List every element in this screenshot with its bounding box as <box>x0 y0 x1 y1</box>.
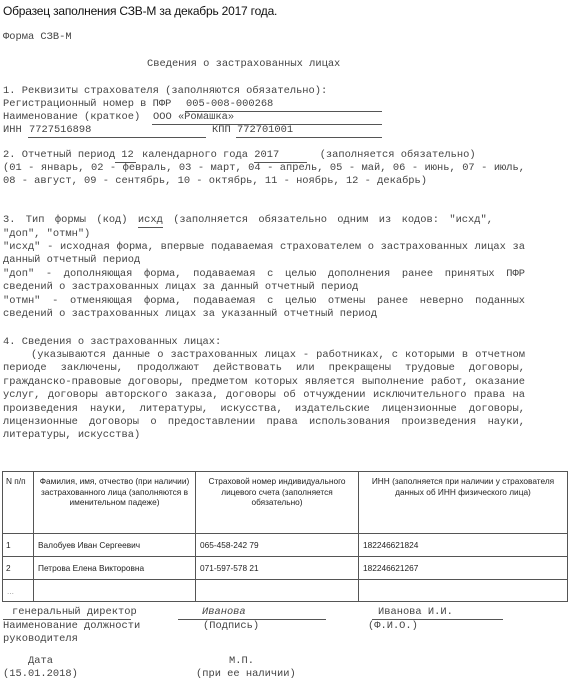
months-legend: (01 - январь, 02 - февраль, 03 - март, 0… <box>3 162 525 189</box>
stamp-label: М.П. <box>229 655 254 668</box>
row-inn: 182246621267 <box>359 557 568 580</box>
reg-number-label: Регистрационный номер в ПФР <box>3 98 171 111</box>
org-name-value: ООО «Ромашка» <box>153 111 234 124</box>
table-row-ellipsis: ... <box>3 580 568 602</box>
insured-persons-table: N п/п Фамилия, имя, отчество (при наличи… <box>2 471 568 602</box>
row-number: 2 <box>3 557 34 580</box>
document-title: Образец заполнения СЗВ-М за декабрь 2017… <box>3 4 277 18</box>
date-value: (15.01.2018) <box>3 668 78 680</box>
row-snils: 065-458-242 79 <box>196 534 359 557</box>
position-value: генеральный директор <box>12 606 137 619</box>
form-type-code: исхд <box>138 214 163 228</box>
reg-number-value: 005-008-000268 <box>186 98 273 111</box>
signature-value: Иванова <box>202 606 246 619</box>
period-suffix: (заполняется обязательно) <box>320 149 476 161</box>
section4-title: 4. Сведения о застрахованных лицах: <box>3 336 221 349</box>
position-label: Наименование должности руководителя <box>3 620 153 647</box>
row-snils: 071-597-578 21 <box>196 557 359 580</box>
section4-note: (указываются данные о застрахованных лиц… <box>3 349 525 443</box>
inn-label: ИНН <box>3 124 22 137</box>
header-snils: Страховой номер индивидуального лицевого… <box>196 472 359 534</box>
row-fio: Валобуев Иван Сергеевич <box>34 534 196 557</box>
table-header-row: N п/п Фамилия, имя, отчество (при наличи… <box>3 472 568 534</box>
row-ellipsis: ... <box>3 580 34 602</box>
code-dop-desc: "доп" - дополняющая форма, подаваемая с … <box>3 268 525 295</box>
kpp-label: КПП <box>212 124 231 137</box>
header-fio: Фамилия, имя, отчество (при наличии) зас… <box>34 472 196 534</box>
table-row: 2 Петрова Елена Викторовна 071-597-578 2… <box>3 557 568 580</box>
inn-value: 7727516898 <box>29 124 91 137</box>
kpp-value: 772701001 <box>237 124 293 137</box>
form-name: Форма СЗВ-М <box>3 31 72 44</box>
signature-label: (Подпись) <box>203 620 259 633</box>
section1-title: 1. Реквизиты страхователя (заполняются о… <box>3 85 327 98</box>
form-type-line: 3. Тип формы (код) исхд (заполняется обя… <box>3 214 493 242</box>
form-heading: Сведения о застрахованных лицах <box>147 58 340 71</box>
date-label: Дата <box>28 655 53 668</box>
row-inn: 182246621824 <box>359 534 568 557</box>
form-type-prefix: 3. Тип формы (код) <box>3 214 128 226</box>
period-prefix: 2. Отчетный период <box>3 149 115 161</box>
stamp-note: (при ее наличии) <box>196 668 296 680</box>
header-inn: ИНН (заполняется при наличии у страховат… <box>359 472 568 534</box>
fio-label: (Ф.И.О.) <box>368 620 418 633</box>
header-number: N п/п <box>3 472 34 534</box>
row-number: 1 <box>3 534 34 557</box>
fio-value: Иванова И.И. <box>378 606 453 619</box>
code-otmn-desc: "отмн" - отменяющая форма, подаваемая с … <box>3 295 525 322</box>
org-name-label: Наименование (краткое) <box>3 111 140 124</box>
table-row: 1 Валобуев Иван Сергеевич 065-458-242 79… <box>3 534 568 557</box>
row-fio: Петрова Елена Викторовна <box>34 557 196 580</box>
period-middle: календарного года <box>142 149 248 161</box>
code-ishd-desc: "исхд" - исходная форма, впервые подавае… <box>3 241 525 268</box>
